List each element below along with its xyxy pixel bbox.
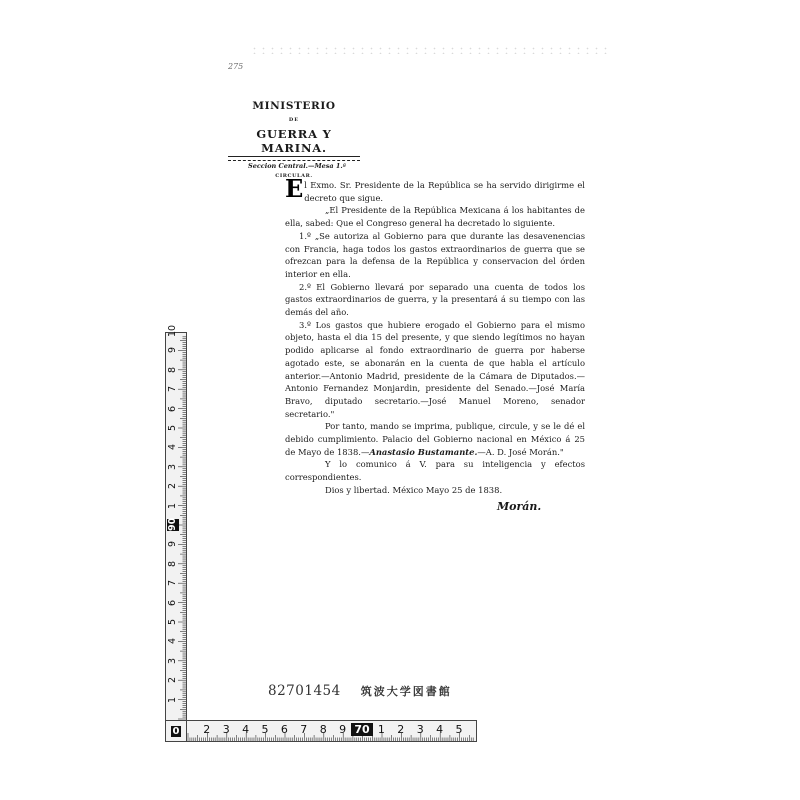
paragraph-promulgation: Por tanto, mando se imprima, publique, c… xyxy=(285,420,585,458)
ruler-label: 2 xyxy=(394,723,408,736)
ruler-label: 70 xyxy=(351,723,373,736)
ruler-label: 1 xyxy=(167,694,179,706)
horizontal-scale-ruler: 234567897012345 xyxy=(165,720,477,742)
ruler-label: 5 xyxy=(167,616,179,628)
ruler-label: 4 xyxy=(239,723,253,736)
ruler-label: 3 xyxy=(167,655,179,667)
ruler-label: 3 xyxy=(167,461,179,473)
ruler-label: 10 xyxy=(167,325,179,337)
folio-number: 275 xyxy=(228,62,243,71)
ruler-label: 5 xyxy=(258,723,272,736)
ruler-label: 9 xyxy=(336,723,350,736)
ruler-label: 6 xyxy=(167,597,179,609)
signature: Morán. xyxy=(497,500,541,513)
ruler-label: 3 xyxy=(219,723,233,736)
vertical-scale-ruler: 1234567899012345678910 xyxy=(165,332,187,742)
ruler-label: 6 xyxy=(277,723,291,736)
paragraph-article-2: 2.º El Gobierno llevará por separado una… xyxy=(285,281,585,319)
ruler-label: 7 xyxy=(297,723,311,736)
ruler-label: 5 xyxy=(167,422,179,434)
ruler-label: 7 xyxy=(167,383,179,395)
ruler-label: 4 xyxy=(167,441,179,453)
vertical-ruler-ticks xyxy=(178,333,186,741)
library-name: 筑波大学図書館 xyxy=(361,683,452,699)
drop-cap: E xyxy=(285,179,303,199)
paragraph-decree-opening: „El Presidente de la República Mexicana … xyxy=(285,204,585,229)
paragraph-article-1: 1.º „Se autoriza al Gobierno para que du… xyxy=(285,230,585,281)
ruler-label: 6 xyxy=(167,403,179,415)
ruler-label: 7 xyxy=(167,577,179,589)
paragraph-communication: Y lo comunico á V. para su inteligencia … xyxy=(285,458,585,483)
paragraph-article-3: 3.º Los gastos que hubiere erogado el Go… xyxy=(285,319,585,421)
header-ornament-rule xyxy=(228,156,360,161)
ruler-label: 3 xyxy=(413,723,427,736)
ruler-label: 4 xyxy=(167,635,179,647)
header-section: Seccion Central.—Mesa 1.ª xyxy=(228,162,360,170)
catalog-number: 82701454 xyxy=(268,683,341,699)
ruler-label: 8 xyxy=(316,723,330,736)
ruler-label: 5 xyxy=(452,723,466,736)
document-header: MINISTERIO DE GUERRA Y MARINA. Seccion C… xyxy=(228,100,360,179)
library-stamp: 82701454 筑波大学図書館 xyxy=(268,683,452,699)
header-guerra-marina: GUERRA Y MARINA. xyxy=(228,127,360,155)
ruler-label: 90 xyxy=(167,519,179,531)
paragraph-closing: Dios y libertad. México Mayo 25 de 1838. xyxy=(285,484,585,497)
scan-artifact xyxy=(250,46,610,54)
ruler-label: 9 xyxy=(167,344,179,356)
ruler-label: 1 xyxy=(374,723,388,736)
ruler-label: 2 xyxy=(167,674,179,686)
header-de: DE xyxy=(228,117,360,123)
ruler-label: 2 xyxy=(167,480,179,492)
ruler-label: 2 xyxy=(200,723,214,736)
paragraph-intro: El Exmo. Sr. Presidente de la República … xyxy=(285,179,585,204)
ruler-label: 8 xyxy=(167,558,179,570)
ruler-label: 9 xyxy=(167,538,179,550)
ruler-label: 4 xyxy=(433,723,447,736)
italic-signatory: Anastasio Bustamante. xyxy=(369,447,477,457)
ruler-label: 1 xyxy=(167,500,179,512)
header-ministerio: MINISTERIO xyxy=(228,100,360,112)
ruler-origin: 0 xyxy=(165,720,187,742)
ruler-label: 8 xyxy=(167,364,179,376)
document-body: El Exmo. Sr. Presidente de la República … xyxy=(285,179,585,497)
